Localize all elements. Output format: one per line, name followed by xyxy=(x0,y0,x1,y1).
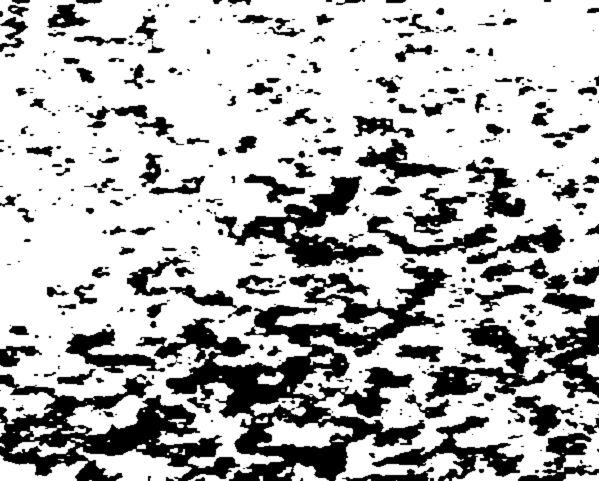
noise-texture-canvas xyxy=(0,0,599,481)
binarized-photograph xyxy=(0,0,599,481)
screenshot-root xyxy=(0,0,599,481)
